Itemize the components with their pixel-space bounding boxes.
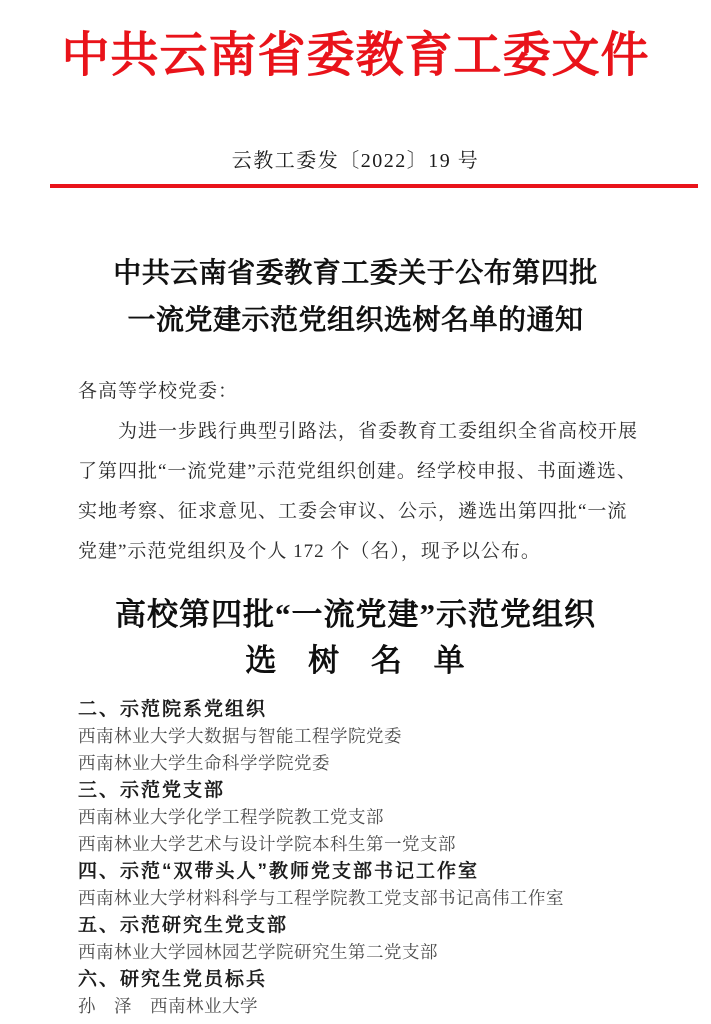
list-item: 西南林业大学艺术与设计学院本科生第一党支部 (78, 831, 644, 858)
award-list-title-line1: 高校第四批“一流党建”示范党组织 (0, 592, 711, 638)
document-number: 云教工委发〔2022〕19 号 (0, 144, 711, 173)
letterhead-org-title: 中共云南省委教育工委文件 (0, 22, 711, 90)
section-heading: 五、示范研究生党支部 (78, 912, 644, 939)
award-list-title: 高校第四批“一流党建”示范党组织 选 树 名 单 (0, 592, 711, 684)
list-item: 西南林业大学化学工程学院教工党支部 (78, 804, 644, 831)
section-heading: 三、示范党支部 (78, 777, 644, 804)
notice-title-line1: 中共云南省委教育工委关于公布第四批 (0, 250, 711, 297)
official-document-page: 中共云南省委教育工委文件 云教工委发〔2022〕19 号 中共云南省委教育工委关… (0, 0, 711, 1024)
letterhead-divider-rule (50, 184, 698, 188)
list-item: 西南林业大学园林园艺学院研究生第二党支部 (78, 939, 644, 966)
section-heading: 二、示范院系党组织 (78, 696, 644, 723)
list-item: 西南林业大学大数据与智能工程学院党委 (78, 723, 644, 750)
salutation: 各高等学校党委： (78, 372, 644, 412)
body-line: 实地考察、征求意见、工委会审议、公示，遴选出第四批“一流 (78, 492, 644, 532)
body-line: 党建”示范党组织及个人 172 个（名），现予以公布。 (78, 532, 644, 572)
section-heading: 六、研究生党员标兵 (78, 966, 644, 993)
list-item: 西南林业大学生命科学学院党委 (78, 750, 644, 777)
list-item: 孙 泽 西南林业大学 (78, 993, 644, 1020)
body-line: 为进一步践行典型引路法，省委教育工委组织全省高校开展 (78, 412, 644, 452)
award-list-title-line2: 选 树 名 单 (0, 638, 711, 684)
section-heading: 四、示范“双带头人”教师党支部书记工作室 (78, 858, 644, 885)
award-list: 二、示范院系党组织 西南林业大学大数据与智能工程学院党委 西南林业大学生命科学学… (78, 696, 644, 1020)
body-line: 了第四批“一流党建”示范党组织创建。经学校申报、书面遴选、 (78, 452, 644, 492)
list-item: 西南林业大学材料科学与工程学院教工党支部书记高伟工作室 (78, 885, 644, 912)
notice-title: 中共云南省委教育工委关于公布第四批 一流党建示范党组织选树名单的通知 (0, 250, 711, 344)
notice-title-line2: 一流党建示范党组织选树名单的通知 (0, 297, 711, 344)
notice-body: 各高等学校党委： 为进一步践行典型引路法，省委教育工委组织全省高校开展 了第四批… (78, 372, 644, 572)
